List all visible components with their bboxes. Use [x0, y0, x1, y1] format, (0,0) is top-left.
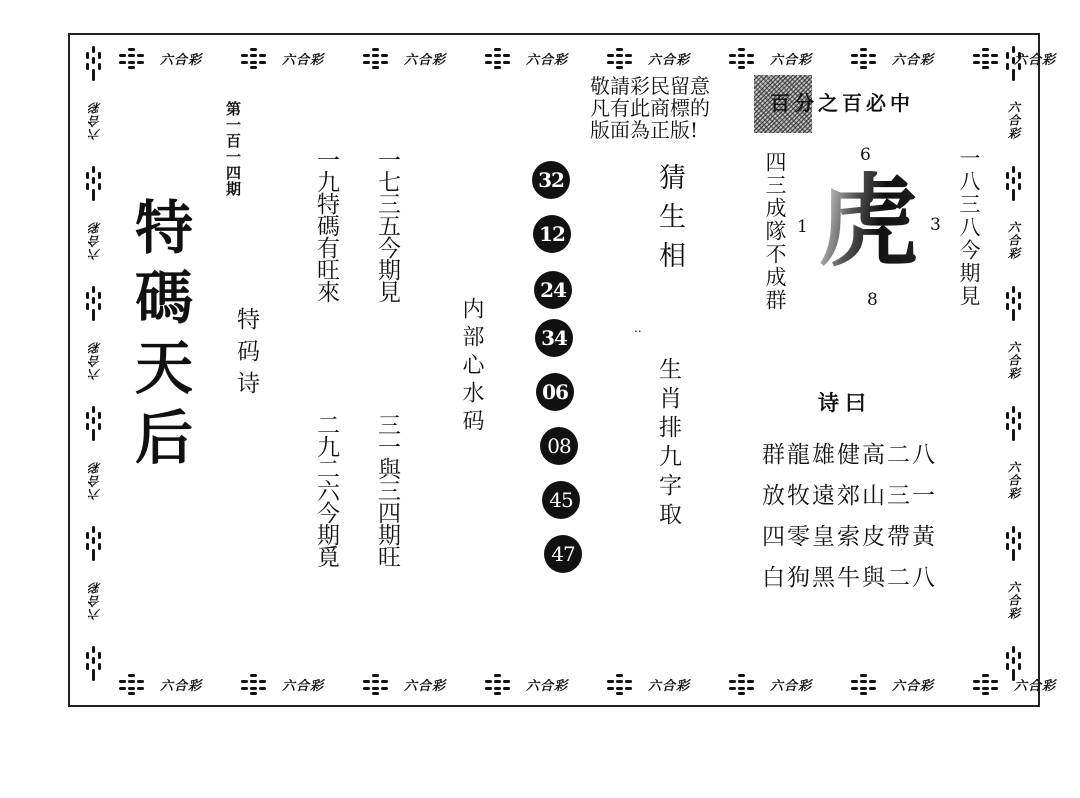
border-ornament: 六合彩 [724, 672, 846, 696]
dot-flower-icon [1003, 285, 1025, 319]
border-ornament [74, 525, 114, 559]
slogan: 百分之百必中 [770, 87, 914, 116]
poem-line-4: 白狗黑牛與二八 [762, 558, 937, 599]
zodiac-num-left: 1 [797, 217, 808, 237]
number-ball: 06 [536, 373, 574, 411]
number-ball: 45 [542, 481, 580, 519]
dot-flower-icon [846, 46, 882, 70]
dot-flower-icon [83, 165, 105, 199]
zodiac-left-verse: 四三成隊不成群 [760, 151, 790, 312]
border-ornament [994, 405, 1034, 439]
guess-title: 猜生相 [650, 163, 689, 280]
document-frame: 六合彩六合彩六合彩六合彩六合彩六合彩六合彩六合彩 六合彩六合彩六合彩六合彩六合彩… [68, 33, 1040, 707]
zodiac-right-verse: 一八三八今期見 [954, 147, 984, 308]
border-bottom: 六合彩六合彩六合彩六合彩六合彩六合彩六合彩六合彩 [114, 667, 1080, 701]
border-ornament: 六合彩 [602, 46, 724, 70]
dot-flower-icon [236, 672, 272, 696]
notice-line-1: 敬請彩民留意 [590, 75, 710, 97]
border-ornament [74, 45, 114, 79]
dot-flower-icon [602, 46, 638, 70]
dot-flower-icon [724, 46, 760, 70]
poem-line-2: 放牧遠郊山三一 [762, 476, 937, 517]
border-ornament [994, 285, 1034, 319]
dot-flower-icon [114, 672, 150, 696]
border-ornament [994, 165, 1034, 199]
zodiac-animal: 虎 [818, 171, 918, 271]
border-ornament: 六合彩 [236, 672, 358, 696]
brand-label: 六合彩 [648, 49, 690, 68]
dot-flower-icon [724, 672, 760, 696]
dot-flower-icon [83, 45, 105, 79]
brand-label: 六合彩 [892, 675, 934, 694]
brand-label: 六合彩 [770, 49, 812, 68]
border-ornament: 六合彩 [236, 46, 358, 70]
brand-label-vertical: 六合彩 [74, 221, 114, 260]
guess-rule: 生肖排九字取 [652, 357, 685, 531]
brand-label: 六合彩 [86, 581, 103, 620]
number-ball: 34 [535, 319, 573, 357]
brand-label: 六合彩 [1006, 341, 1023, 380]
dot-flower-icon [114, 46, 150, 70]
border-ornament [74, 285, 114, 319]
brand-label: 六合彩 [282, 49, 324, 68]
number-ball: 12 [533, 215, 571, 253]
notice-line-3: 版面為正版! [590, 119, 710, 141]
border-ornament: 六合彩 [480, 46, 602, 70]
brand-label: 六合彩 [1006, 581, 1023, 620]
brand-label: 六合彩 [1006, 461, 1023, 500]
poem-line-3: 四零皇索皮帶黃 [762, 517, 937, 558]
number-ball: 47 [544, 535, 582, 573]
brand-label-vertical: 六合彩 [994, 341, 1034, 380]
brand-label: 六合彩 [648, 675, 690, 694]
dot-flower-icon [1003, 165, 1025, 199]
brand-label-vertical: 六合彩 [994, 461, 1034, 500]
prophecy-column-4: 三一與三四期旺 [371, 413, 404, 567]
brand-label: 六合彩 [404, 49, 446, 68]
border-ornament [994, 45, 1034, 79]
border-ornament: 六合彩 [114, 672, 236, 696]
dot-flower-icon [83, 645, 105, 679]
brand-label: 六合彩 [892, 49, 934, 68]
sub-title: 特码诗 [230, 307, 263, 403]
brand-label-vertical: 六合彩 [994, 101, 1034, 140]
dot-flower-icon [236, 46, 272, 70]
brand-label: 六合彩 [86, 221, 103, 260]
border-ornament [74, 645, 114, 679]
brand-label-vertical: 六合彩 [74, 581, 114, 620]
brand-label: 六合彩 [770, 675, 812, 694]
number-ball: 32 [532, 161, 570, 199]
guess-dots: .. [634, 321, 642, 335]
border-ornament: 六合彩 [114, 46, 236, 70]
dot-flower-icon [480, 46, 516, 70]
dot-flower-icon [1003, 525, 1025, 559]
border-ornament: 六合彩 [846, 672, 968, 696]
poem-line-1: 群龍雄健高二八 [762, 435, 937, 476]
dot-flower-icon [358, 672, 394, 696]
brand-label-vertical: 六合彩 [994, 581, 1034, 620]
dot-flower-icon [602, 672, 638, 696]
number-ball: 08 [540, 427, 578, 465]
brand-label: 六合彩 [1006, 221, 1023, 260]
brand-label-vertical: 六合彩 [74, 461, 114, 500]
number-ball: 24 [534, 271, 572, 309]
brand-label: 六合彩 [86, 461, 103, 500]
border-ornament [994, 525, 1034, 559]
brand-label: 六合彩 [526, 49, 568, 68]
issue-label: 第一百一四期 [223, 101, 244, 197]
dot-flower-icon [83, 285, 105, 319]
dot-flower-icon [83, 405, 105, 439]
brand-label: 六合彩 [160, 49, 202, 68]
dot-flower-icon [480, 672, 516, 696]
brand-label: 六合彩 [160, 675, 202, 694]
poem-body: 群龍雄健高二八 放牧遠郊山三一 四零皇索皮帶黃 白狗黑牛與二八 [762, 435, 937, 599]
zodiac-num-bottom: 8 [867, 290, 878, 310]
border-top: 六合彩六合彩六合彩六合彩六合彩六合彩六合彩六合彩 [114, 41, 1080, 75]
border-left: 六合彩六合彩六合彩六合彩六合彩 [74, 45, 114, 695]
brand-label: 六合彩 [404, 675, 446, 694]
border-ornament: 六合彩 [480, 672, 602, 696]
dot-flower-icon [358, 46, 394, 70]
border-ornament: 六合彩 [602, 672, 724, 696]
brand-label: 六合彩 [86, 101, 103, 140]
dot-flower-icon [83, 525, 105, 559]
notice-line-2: 凡有此商標的 [590, 97, 710, 119]
dot-flower-icon [1003, 45, 1025, 79]
brand-label-vertical: 六合彩 [74, 341, 114, 380]
prophecy-column-1: 一九特碼有旺來 [310, 148, 343, 302]
authenticity-notice: 敬請彩民留意 凡有此商標的 版面為正版! [590, 75, 710, 141]
border-ornament [994, 645, 1034, 679]
dot-flower-icon [846, 672, 882, 696]
inner-code-label: 内部心水码 [456, 297, 487, 437]
dot-flower-icon [1003, 645, 1025, 679]
brand-label: 六合彩 [1006, 101, 1023, 140]
border-right: 六合彩六合彩六合彩六合彩六合彩 [994, 45, 1034, 695]
border-ornament: 六合彩 [724, 46, 846, 70]
border-ornament: 六合彩 [358, 672, 480, 696]
border-ornament [74, 405, 114, 439]
prophecy-column-2: 一七三五今期見 [371, 148, 404, 302]
main-title: 特碼天后 [130, 197, 188, 477]
border-ornament: 六合彩 [358, 46, 480, 70]
border-ornament [74, 165, 114, 199]
brand-label: 六合彩 [526, 675, 568, 694]
dot-flower-icon [1003, 405, 1025, 439]
brand-label: 六合彩 [282, 675, 324, 694]
border-ornament: 六合彩 [846, 46, 968, 70]
brand-label: 六合彩 [86, 341, 103, 380]
brand-label-vertical: 六合彩 [994, 221, 1034, 260]
prophecy-column-3: 二九二六今期覓 [310, 413, 343, 567]
brand-label-vertical: 六合彩 [74, 101, 114, 140]
zodiac-num-right: 3 [930, 215, 941, 235]
poem-title: 诗曰 [818, 387, 872, 417]
